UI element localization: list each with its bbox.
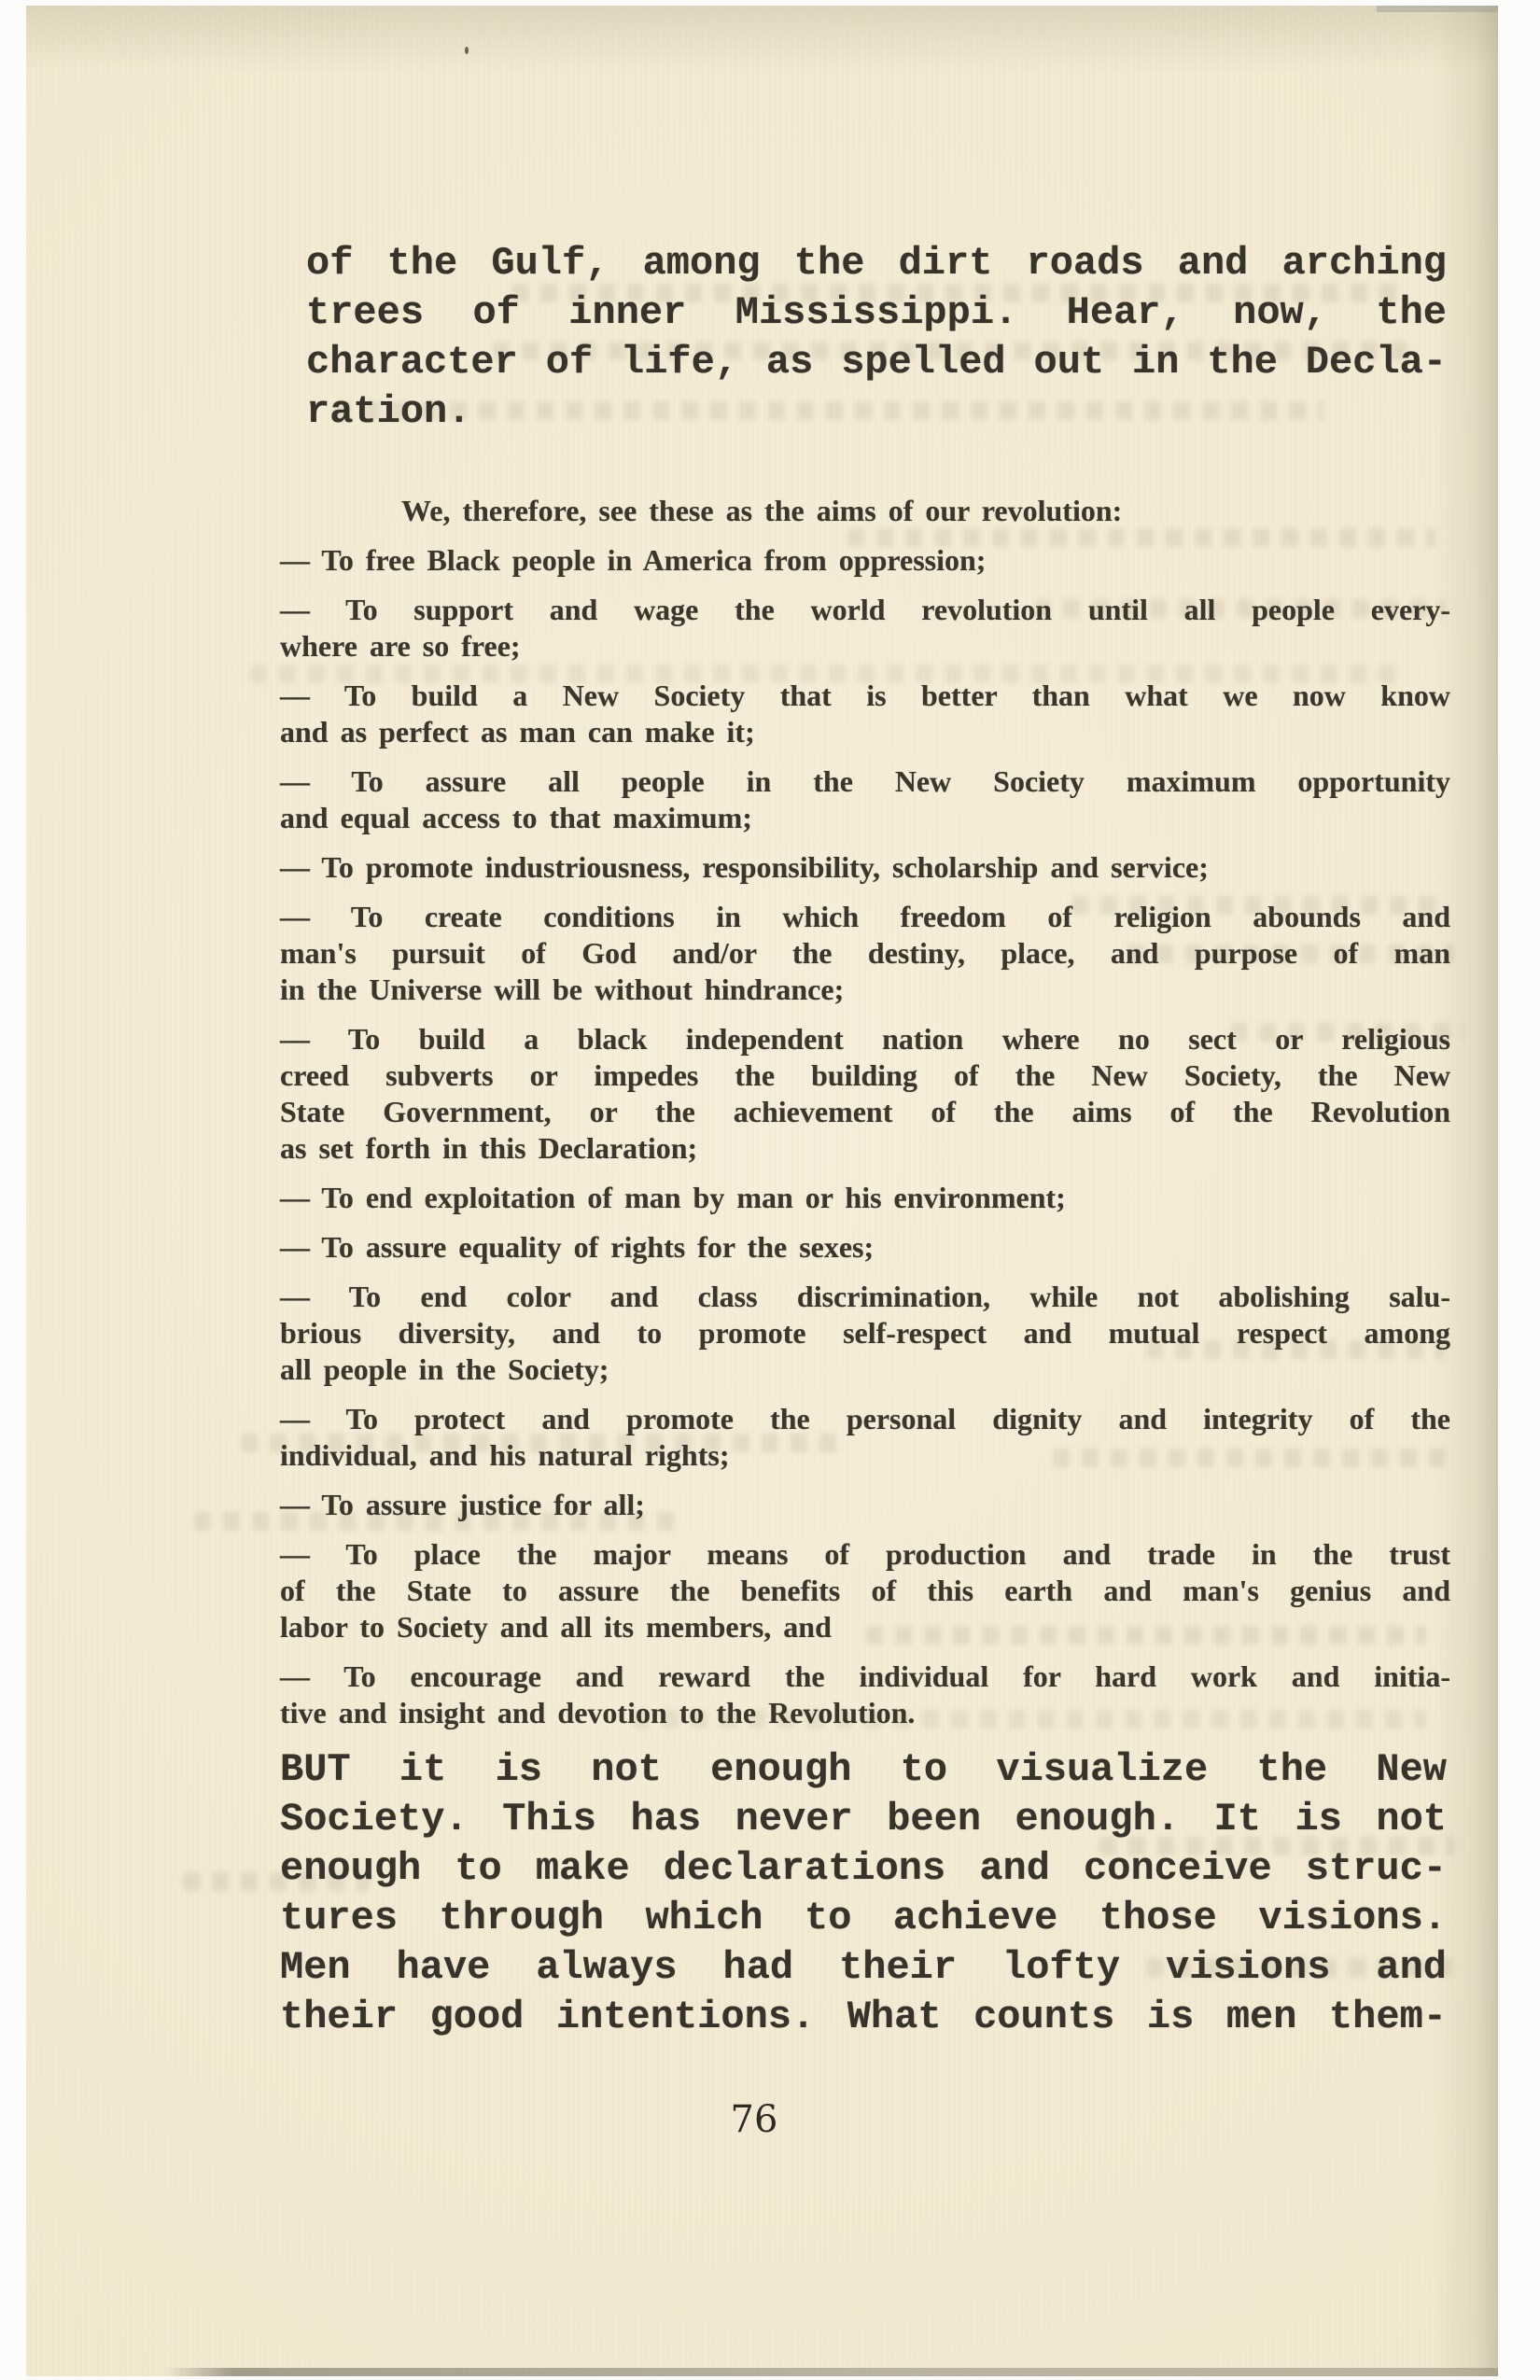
aim-line: — To assure equality of rights for the s… — [280, 1229, 1450, 1266]
aims-intro-line: We, therefore, see these as the aims of … — [280, 493, 1450, 529]
aim-item: — To encourage and reward the individual… — [280, 1659, 1450, 1731]
typewriter-paragraph-bottom: BUT it is not enough to visualize the Ne… — [280, 1745, 1447, 2042]
typewriter-line: enough to make declarations and conceive… — [280, 1844, 1447, 1894]
typewriter-line: trees of inner Mississippi. Hear, now, t… — [306, 288, 1447, 338]
aim-item: — To assure justice for all; — [280, 1487, 1450, 1523]
aim-item: — To build a New Society that is better … — [280, 678, 1450, 750]
page-edge-shadow — [166, 2368, 1498, 2376]
aim-item: — To end exploitation of man by man or h… — [280, 1180, 1450, 1216]
aim-line: and equal access to that maximum; — [280, 800, 1450, 836]
aim-line: — To assure all people in the New Societ… — [280, 763, 1450, 800]
aim-line: labor to Society and all its members, an… — [280, 1609, 1450, 1645]
aim-item: — To free Black people in America from o… — [280, 542, 1450, 579]
aim-line: — To end color and class discrimination,… — [280, 1279, 1450, 1315]
book-page: of the Gulf, among the dirt roads and ar… — [26, 6, 1498, 2376]
aim-line: and as perfect as man can make it; — [280, 714, 1450, 750]
aim-item: — To assure all people in the New Societ… — [280, 763, 1450, 836]
scan-edge-artifact — [1377, 6, 1498, 12]
aim-line: creed subverts or impedes the building o… — [280, 1057, 1450, 1094]
aim-item: — To build a black independent nation wh… — [280, 1021, 1450, 1167]
aim-item: — To assure equality of rights for the s… — [280, 1229, 1450, 1266]
aim-line: in the Universe will be without hindranc… — [280, 972, 1450, 1008]
typewriter-line: tures through which to achieve those vis… — [280, 1894, 1447, 1943]
typewriter-line: Society. This has never been enough. It … — [280, 1795, 1447, 1844]
aim-line: man's pursuit of God and/or the destiny,… — [280, 935, 1450, 972]
aim-item: — To protect and promote the personal di… — [280, 1401, 1450, 1474]
aim-line: as set forth in this Declaration; — [280, 1130, 1450, 1167]
aim-item: — To promote industriousness, responsibi… — [280, 849, 1450, 886]
aim-item: — To support and wage the world revoluti… — [280, 592, 1450, 665]
aim-line: tive and insight and devotion to the Rev… — [280, 1695, 1450, 1731]
aims-list: — To free Black people in America from o… — [280, 542, 1450, 1731]
aim-line: all people in the Society; — [280, 1351, 1450, 1388]
aim-line: — To end exploitation of man by man or h… — [280, 1180, 1450, 1216]
aim-line: brious diversity, and to promote self-re… — [280, 1315, 1450, 1351]
page-number: 76 — [679, 2098, 829, 2141]
aim-line: — To support and wage the world revoluti… — [280, 592, 1450, 628]
typewriter-line: BUT it is not enough to visualize the Ne… — [280, 1745, 1447, 1795]
aim-item: — To end color and class discrimination,… — [280, 1279, 1450, 1388]
aim-line: — To promote industriousness, responsibi… — [280, 849, 1450, 886]
aim-line: — To encourage and reward the individual… — [280, 1659, 1450, 1695]
ink-speck — [465, 47, 469, 54]
aim-item: — To create conditions in which freedom … — [280, 899, 1450, 1008]
aim-line: — To build a black independent nation wh… — [280, 1021, 1450, 1057]
aim-line: where are so free; — [280, 628, 1450, 665]
scanned-page: of the Gulf, among the dirt roads and ar… — [0, 0, 1540, 2380]
typewriter-line: Men have always had their lofty visions … — [280, 1943, 1447, 1993]
aim-line: — To assure justice for all; — [280, 1487, 1450, 1523]
aim-line: of the State to assure the benefits of t… — [280, 1573, 1450, 1609]
typewriter-line: ration. — [306, 387, 1447, 437]
aim-line: — To place the major means of production… — [280, 1536, 1450, 1573]
aim-line: — To free Black people in America from o… — [280, 542, 1450, 579]
aim-line: — To create conditions in which freedom … — [280, 899, 1450, 935]
typeset-aims-section: We, therefore, see these as the aims of … — [280, 493, 1450, 1744]
aim-line: — To build a New Society that is better … — [280, 678, 1450, 714]
typewriter-paragraph-top: of the Gulf, among the dirt roads and ar… — [306, 239, 1447, 437]
aim-line: State Government, or the achievement of … — [280, 1094, 1450, 1130]
aim-item: — To place the major means of production… — [280, 1536, 1450, 1645]
aim-line: — To protect and promote the personal di… — [280, 1401, 1450, 1437]
typewriter-line: of the Gulf, among the dirt roads and ar… — [306, 239, 1447, 288]
typewriter-line: their good intentions. What counts is me… — [280, 1993, 1447, 2042]
typewriter-line: character of life, as spelled out in the… — [306, 338, 1447, 387]
aim-line: individual, and his natural rights; — [280, 1437, 1450, 1474]
